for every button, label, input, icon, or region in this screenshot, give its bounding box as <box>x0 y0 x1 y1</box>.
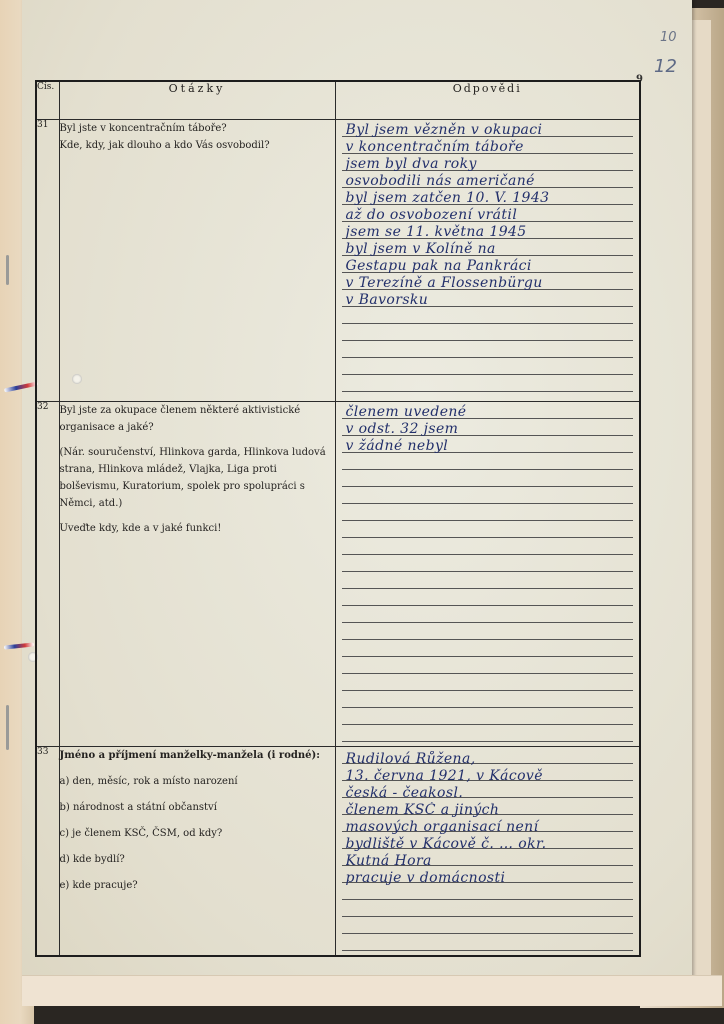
answer-field[interactable]: Byl jsem vězněn v okupaci v koncentrační… <box>335 119 640 401</box>
answer-line: v žádné nebyl <box>346 438 636 455</box>
answer-line: Kutná Hora <box>346 853 636 870</box>
answer-line: Rudilová Růžena, <box>346 751 636 768</box>
question-item: c) je členem KSČ, ČSM, od kdy? <box>60 825 335 843</box>
answer-line: členem KSČ a jiných <box>346 802 636 819</box>
answer-line: Byl jsem vězněn v okupaci <box>346 122 636 139</box>
question-title: Jméno a příjmení manželky-manžela (i rod… <box>60 747 335 765</box>
question-number: 31 <box>36 119 59 401</box>
question-item: b) národnost a státní občanství <box>60 799 335 817</box>
question-text: Jméno a příjmení manželky-manžela (i rod… <box>59 746 335 956</box>
handwritten-answer: Rudilová Růžena, 13. června 1921, v Káco… <box>336 747 640 887</box>
answer-line: v Bavorsku <box>346 292 636 309</box>
answer-line: česká - čeakosl. <box>346 785 636 802</box>
answer-line: pracuje v domácnosti <box>346 870 636 887</box>
table-header-row: Čís. Otázky Odpovědi <box>36 81 640 119</box>
question-line: Uveďte kdy, kde a v jaké funkci! <box>60 520 335 537</box>
answer-line: jsem se 11. května 1945 <box>346 224 636 241</box>
question-line: Byl jste za okupace členem některé aktiv… <box>60 402 335 436</box>
header-answers: Odpovědi <box>335 81 640 119</box>
answer-line: bydliště v Kácově č. … okr. <box>346 836 636 853</box>
answer-line: Gestapu pak na Pankráci <box>346 258 636 275</box>
header-number: Čís. <box>36 81 59 119</box>
answer-line: členem uvedené <box>346 404 636 421</box>
table-row-33: 33 Jméno a příjmení manželky-manžela (i … <box>36 746 640 956</box>
answer-field[interactable]: Rudilová Růžena, 13. června 1921, v Káco… <box>335 746 640 956</box>
answer-line: v koncentračním táboře <box>346 139 636 156</box>
header-questions: Otázky <box>59 81 335 119</box>
question-text: Byl jste v koncentračním táboře? Kde, kd… <box>59 119 335 401</box>
handwritten-answer: členem uvedené v odst. 32 jsem v žádné n… <box>336 402 640 455</box>
staple-icon <box>6 705 9 750</box>
frayed-bottom-edge <box>22 975 722 1006</box>
archive-number-pencil: 10 <box>660 30 677 45</box>
question-number: 32 <box>36 401 59 746</box>
answer-line: v Terezíně a Flossenbürgu <box>346 275 636 292</box>
answer-line: jsem byl dva roky <box>346 156 636 173</box>
answer-line: masových organisací není <box>346 819 636 836</box>
answer-line: osvobodili nás američané <box>346 173 636 190</box>
question-item: a) den, měsíc, rok a místo narození <box>60 773 335 791</box>
question-examples: (Nár. souručenství, Hlinkova garda, Hlin… <box>60 444 335 512</box>
answer-line: byl jsem zatčen 10. V. 1943 <box>346 190 636 207</box>
answer-line: 13. června 1921, v Kácově <box>346 768 636 785</box>
question-text: Byl jste za okupace členem některé aktiv… <box>59 401 335 746</box>
answer-line: v odst. 32 jsem <box>346 421 636 438</box>
questionnaire-table: Čís. Otázky Odpovědi 31 Byl jste v konce… <box>35 80 641 957</box>
answer-line: až do osvobození vrátil <box>346 207 636 224</box>
answer-line: byl jsem v Kolíně na <box>346 241 636 258</box>
sheet-edge <box>690 20 711 1000</box>
question-item: e) kde pracuje? <box>60 877 335 895</box>
table-row-31: 31 Byl jste v koncentračním táboře? Kde,… <box>36 119 640 401</box>
question-line: Kde, kdy, jak dlouho a kdo Vás osvobodil… <box>60 137 335 154</box>
archive-number-pencil-folio: 12 <box>654 56 677 77</box>
question-item: d) kde bydlí? <box>60 851 335 869</box>
question-number: 33 <box>36 746 59 956</box>
table-row-32: 32 Byl jste za okupace členem některé ak… <box>36 401 640 746</box>
staple-icon <box>6 255 9 285</box>
handwritten-answer: Byl jsem vězněn v okupaci v koncentrační… <box>336 120 640 309</box>
question-line: Byl jste v koncentračním táboře? <box>60 120 335 137</box>
answer-field[interactable]: členem uvedené v odst. 32 jsem v žádné n… <box>335 401 640 746</box>
